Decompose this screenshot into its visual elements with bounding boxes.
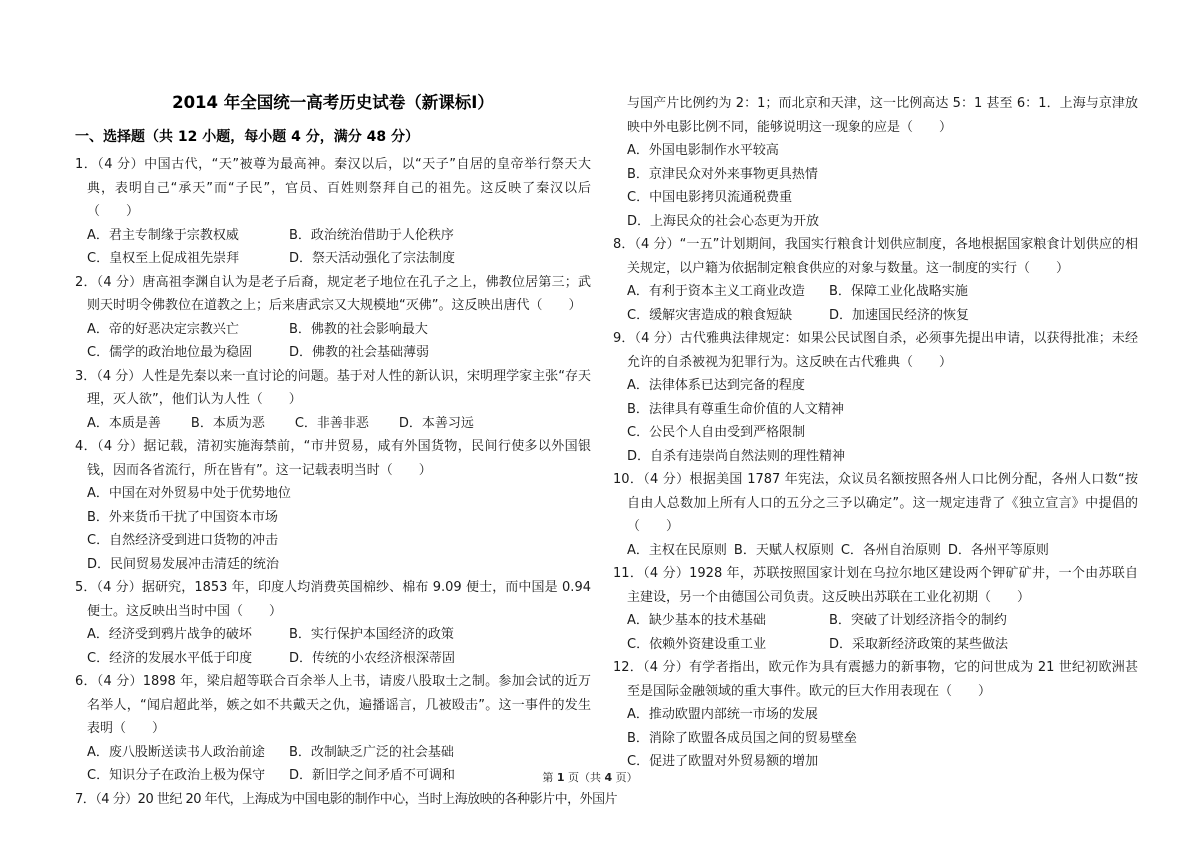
option-group: A．君主专制缘于宗教权威B．政治统治借助于人伦秩序C．皇权至上促成祖先崇拜D．祭… bbox=[87, 224, 591, 271]
option-D: D．采取新经济政策的某些做法 bbox=[829, 633, 1138, 657]
option-C: C．儒学的政治地位最为稳固 bbox=[87, 341, 289, 365]
question-stem-text: （4 分）据研究，1853 年，印度人均消费英国棉纱、棉布 9.09 便士，而中… bbox=[87, 580, 591, 619]
question-stem: 3．（4 分）人性是先秦以来一直讨论的问题。基于对人性的新认识，宋明理学家主张“… bbox=[75, 365, 591, 412]
footer-prefix: 第 bbox=[542, 771, 557, 784]
question-number: 3． bbox=[75, 369, 96, 384]
question-number: 9． bbox=[613, 331, 634, 346]
option-C: C．各州自治原则 bbox=[841, 539, 941, 563]
question-stem: 6．（4 分）1898 年，梁启超等联合百余举人上书，请废八股取士之制。参加会试… bbox=[75, 670, 591, 741]
question-stem-text: （4 分）20 世纪 20 年代，上海成为中国电影的制作中心，当时上海放映的各种… bbox=[95, 792, 617, 807]
question-stem-text: 与国产片比例约为 2：1；而北京和天津，这一比例高达 5：1 甚至 6：1．上海… bbox=[627, 96, 1138, 135]
footer-total-pages: 4 bbox=[605, 771, 613, 784]
option-D: D．加速国民经济的恢复 bbox=[829, 304, 1138, 328]
question-2: 2．（4 分）唐高祖李渊自认为是老子后裔，规定老子地位在孔子之上，佛教位居第三；… bbox=[75, 271, 591, 365]
question-10: 10．（4 分）根据美国 1787 年宪法，众议员名额按照各州人口比例分配，各州… bbox=[613, 468, 1138, 562]
question-stem-text: （4 分）“一五”计划期间，我国实行粮食计划供应制度，各地根据国家粮食计划供应的… bbox=[627, 237, 1138, 276]
option-B: B．改制缺乏广泛的社会基础 bbox=[289, 741, 591, 765]
option-B: B．天赋人权原则 bbox=[734, 539, 834, 563]
question-stem: 11．（4 分）1928 年，苏联按照国家计划在乌拉尔地区建设两个钾矿矿井，一个… bbox=[613, 562, 1138, 609]
footer-suffix: 页） bbox=[612, 771, 638, 784]
option-D: D．佛教的社会基础薄弱 bbox=[289, 341, 591, 365]
exam-page: 2014 年全国统一高考历史试卷（新课标Ⅰ） 一、选择题（共 12 小题，每小题… bbox=[0, 0, 1200, 848]
question-number: 4． bbox=[75, 439, 97, 454]
option-group: A．缺少基本的技术基础B．突破了计划经济指令的制约C．依赖外资建设重工业D．采取… bbox=[627, 609, 1138, 656]
question-stem: 与国产片比例约为 2：1；而北京和天津，这一比例高达 5：1 甚至 6：1．上海… bbox=[613, 92, 1138, 139]
option-A: A．废八股断送读书人政治前途 bbox=[87, 741, 289, 765]
question-stem-text: （4 分）古代雅典法律规定：如果公民试图自杀，必须事先提出申请，以获得批准；未经… bbox=[627, 331, 1138, 370]
question-stem-text: （4 分）1898 年，梁启超等联合百余举人上书，请废八股取士之制。参加会试的近… bbox=[87, 674, 591, 736]
question-number: 2． bbox=[75, 275, 97, 290]
option-A: A．外国电影制作水平较高 bbox=[627, 139, 1138, 163]
option-A: A．帝的好恶决定宗教兴亡 bbox=[87, 318, 289, 342]
option-A: A．缺少基本的技术基础 bbox=[627, 609, 829, 633]
question-4: 4．（4 分）据记载，清初实施海禁前，“市井贸易，咸有外国货物，民间行使多以外国… bbox=[75, 435, 591, 576]
question-number: 12． bbox=[613, 660, 643, 675]
option-D: D．各州平等原则 bbox=[948, 539, 1049, 563]
question-number: 7． bbox=[75, 792, 95, 807]
option-B: B．实行保护本国经济的政策 bbox=[289, 623, 591, 647]
option-D: D．自杀有违崇尚自然法则的理性精神 bbox=[627, 445, 1138, 469]
option-D: D．祭天活动强化了宗法制度 bbox=[289, 247, 591, 271]
question-number: 1． bbox=[75, 157, 97, 172]
question-stem: 10．（4 分）根据美国 1787 年宪法，众议员名额按照各州人口比例分配，各州… bbox=[613, 468, 1138, 539]
section-heading: 一、选择题（共 12 小题，每小题 4 分，满分 48 分） bbox=[75, 127, 591, 147]
right-question-list: 与国产片比例约为 2：1；而北京和天津，这一比例高达 5：1 甚至 6：1．上海… bbox=[613, 92, 1138, 774]
option-group: A．帝的好恶决定宗教兴亡B．佛教的社会影响最大C．儒学的政治地位最为稳固D．佛教… bbox=[87, 318, 591, 365]
option-C: C．自然经济受到进口货物的冲击 bbox=[87, 529, 591, 553]
option-C: C．非善非恶 bbox=[295, 412, 369, 436]
question-12: 12．（4 分）有学者指出，欧元作为具有震撼力的新事物，它的问世成为 21 世纪… bbox=[613, 656, 1138, 774]
question-stem: 5．（4 分）据研究，1853 年，印度人均消费英国棉纱、棉布 9.09 便士，… bbox=[75, 576, 591, 623]
option-A: A．本质是善 bbox=[87, 412, 161, 436]
option-A: A．推动欧盟内部统一市场的发展 bbox=[627, 703, 1138, 727]
question-5: 5．（4 分）据研究，1853 年，印度人均消费英国棉纱、棉布 9.09 便士，… bbox=[75, 576, 591, 670]
option-D: D．本善习远 bbox=[399, 412, 474, 436]
option-group: A．外国电影制作水平较高B．京津民众对外来事物更具热情C．中国电影拷贝流通税费重… bbox=[627, 139, 1138, 233]
option-C: C．公民个人自由受到严格限制 bbox=[627, 421, 1138, 445]
option-A: A．主权在民原则 bbox=[627, 539, 727, 563]
option-B: B．外来货币干扰了中国资本市场 bbox=[87, 506, 591, 530]
option-group: A．主权在民原则B．天赋人权原则C．各州自治原则D．各州平等原则 bbox=[627, 539, 1138, 563]
option-B: B．佛教的社会影响最大 bbox=[289, 318, 591, 342]
option-B: B．消除了欧盟各成员国之间的贸易壁垒 bbox=[627, 727, 1138, 751]
page-footer: 第 1 页（共 4 页） bbox=[0, 770, 1180, 786]
question-stem: 4．（4 分）据记载，清初实施海禁前，“市井贸易，咸有外国货物，民间行使多以外国… bbox=[75, 435, 591, 482]
question-stem: 7．（4 分）20 世纪 20 年代，上海成为中国电影的制作中心，当时上海放映的… bbox=[75, 788, 591, 812]
option-D: D．民间贸易发展冲击清廷的统治 bbox=[87, 553, 591, 577]
option-D: D．传统的小农经济根深蒂固 bbox=[289, 647, 591, 671]
question-stem-text: （4 分）据记载，清初实施海禁前，“市井贸易，咸有外国货物，民间行使多以外国银钱… bbox=[87, 439, 591, 478]
question-stem: 2．（4 分）唐高祖李渊自认为是老子后裔，规定老子地位在孔子之上，佛教位居第三；… bbox=[75, 271, 591, 318]
question-stem: 1．（4 分）中国古代，“天”被尊为最高神。秦汉以后，以“天子”自居的皇帝举行祭… bbox=[75, 153, 591, 224]
option-C: C．依赖外资建设重工业 bbox=[627, 633, 829, 657]
option-B: B．本质为恶 bbox=[191, 412, 265, 436]
option-B: B．政治统治借助于人伦秩序 bbox=[289, 224, 591, 248]
question-stem-text: （4 分）有学者指出，欧元作为具有震撼力的新事物，它的问世成为 21 世纪初欧洲… bbox=[627, 660, 1138, 699]
option-C: C．缓解灾害造成的粮食短缺 bbox=[627, 304, 829, 328]
question-11: 11．（4 分）1928 年，苏联按照国家计划在乌拉尔地区建设两个钾矿矿井，一个… bbox=[613, 562, 1138, 656]
option-group: A．法律体系已达到完备的程度B．法律具有尊重生命价值的人文精神C．公民个人自由受… bbox=[627, 374, 1138, 468]
option-group: A．经济受到鸦片战争的破坏B．实行保护本国经济的政策C．经济的发展水平低于印度D… bbox=[87, 623, 591, 670]
option-A: A．法律体系已达到完备的程度 bbox=[627, 374, 1138, 398]
question-number: 6． bbox=[75, 674, 97, 689]
option-group: A．本质是善B．本质为恶C．非善非恶D．本善习远 bbox=[87, 412, 591, 436]
question-number: 10． bbox=[613, 472, 643, 487]
left-question-list: 1．（4 分）中国古代，“天”被尊为最高神。秦汉以后，以“天子”自居的皇帝举行祭… bbox=[75, 153, 591, 811]
option-C: C．经济的发展水平低于印度 bbox=[87, 647, 289, 671]
option-group: A．中国在对外贸易中处于优势地位B．外来货币干扰了中国资本市场C．自然经济受到进… bbox=[87, 482, 591, 576]
question-stem: 12．（4 分）有学者指出，欧元作为具有震撼力的新事物，它的问世成为 21 世纪… bbox=[613, 656, 1138, 703]
question-1: 1．（4 分）中国古代，“天”被尊为最高神。秦汉以后，以“天子”自居的皇帝举行祭… bbox=[75, 153, 591, 271]
option-A: A．有利于资本主义工商业改造 bbox=[627, 280, 829, 304]
option-D: D．上海民众的社会心态更为开放 bbox=[627, 210, 1138, 234]
option-A: A．中国在对外贸易中处于优势地位 bbox=[87, 482, 591, 506]
option-C: C．皇权至上促成祖先崇拜 bbox=[87, 247, 289, 271]
option-B: B．法律具有尊重生命价值的人文精神 bbox=[627, 398, 1138, 422]
page-title: 2014 年全国统一高考历史试卷（新课标Ⅰ） bbox=[75, 92, 591, 114]
question-8: 8．（4 分）“一五”计划期间，我国实行粮食计划供应制度，各地根据国家粮食计划供… bbox=[613, 233, 1138, 327]
footer-middle: 页（共 bbox=[565, 771, 605, 784]
question-9: 9．（4 分）古代雅典法律规定：如果公民试图自杀，必须事先提出申请，以获得批准；… bbox=[613, 327, 1138, 468]
question-7-continuation: 与国产片比例约为 2：1；而北京和天津，这一比例高达 5：1 甚至 6：1．上海… bbox=[613, 92, 1138, 233]
question-stem-text: （4 分）中国古代，“天”被尊为最高神。秦汉以后，以“天子”自居的皇帝举行祭天大… bbox=[87, 157, 591, 219]
question-7: 7．（4 分）20 世纪 20 年代，上海成为中国电影的制作中心，当时上海放映的… bbox=[75, 788, 591, 812]
option-B: B．京津民众对外来事物更具热情 bbox=[627, 163, 1138, 187]
option-group: A．推动欧盟内部统一市场的发展B．消除了欧盟各成员国之间的贸易壁垒C．促进了欧盟… bbox=[627, 703, 1138, 774]
question-stem-text: （4 分）根据美国 1787 年宪法，众议员名额按照各州人口比例分配，各州人口数… bbox=[627, 472, 1138, 534]
option-B: B．突破了计划经济指令的制约 bbox=[829, 609, 1138, 633]
footer-page-number: 1 bbox=[557, 771, 565, 784]
question-stem: 9．（4 分）古代雅典法律规定：如果公民试图自杀，必须事先提出申请，以获得批准；… bbox=[613, 327, 1138, 374]
question-stem-text: （4 分）唐高祖李渊自认为是老子后裔，规定老子地位在孔子之上，佛教位居第三；武则… bbox=[87, 275, 591, 314]
question-stem: 8．（4 分）“一五”计划期间，我国实行粮食计划供应制度，各地根据国家粮食计划供… bbox=[613, 233, 1138, 280]
option-A: A．君主专制缘于宗教权威 bbox=[87, 224, 289, 248]
question-stem-text: （4 分）1928 年，苏联按照国家计划在乌拉尔地区建设两个钾矿矿井，一个由苏联… bbox=[627, 566, 1138, 605]
option-A: A．经济受到鸦片战争的破坏 bbox=[87, 623, 289, 647]
question-number: 11． bbox=[613, 566, 643, 581]
question-number: 8． bbox=[613, 237, 634, 252]
question-stem-text: （4 分）人性是先秦以来一直讨论的问题。基于对人性的新认识，宋明理学家主张“存天… bbox=[87, 369, 591, 408]
option-B: B．保障工业化战略实施 bbox=[829, 280, 1138, 304]
option-group: A．有利于资本主义工商业改造B．保障工业化战略实施C．缓解灾害造成的粮食短缺D．… bbox=[627, 280, 1138, 327]
left-column: 2014 年全国统一高考历史试卷（新课标Ⅰ） 一、选择题（共 12 小题，每小题… bbox=[75, 92, 591, 811]
right-column: 与国产片比例约为 2：1；而北京和天津，这一比例高达 5：1 甚至 6：1．上海… bbox=[613, 92, 1138, 774]
question-3: 3．（4 分）人性是先秦以来一直讨论的问题。基于对人性的新认识，宋明理学家主张“… bbox=[75, 365, 591, 436]
option-C: C．中国电影拷贝流通税费重 bbox=[627, 186, 1138, 210]
question-number: 5． bbox=[75, 580, 97, 595]
